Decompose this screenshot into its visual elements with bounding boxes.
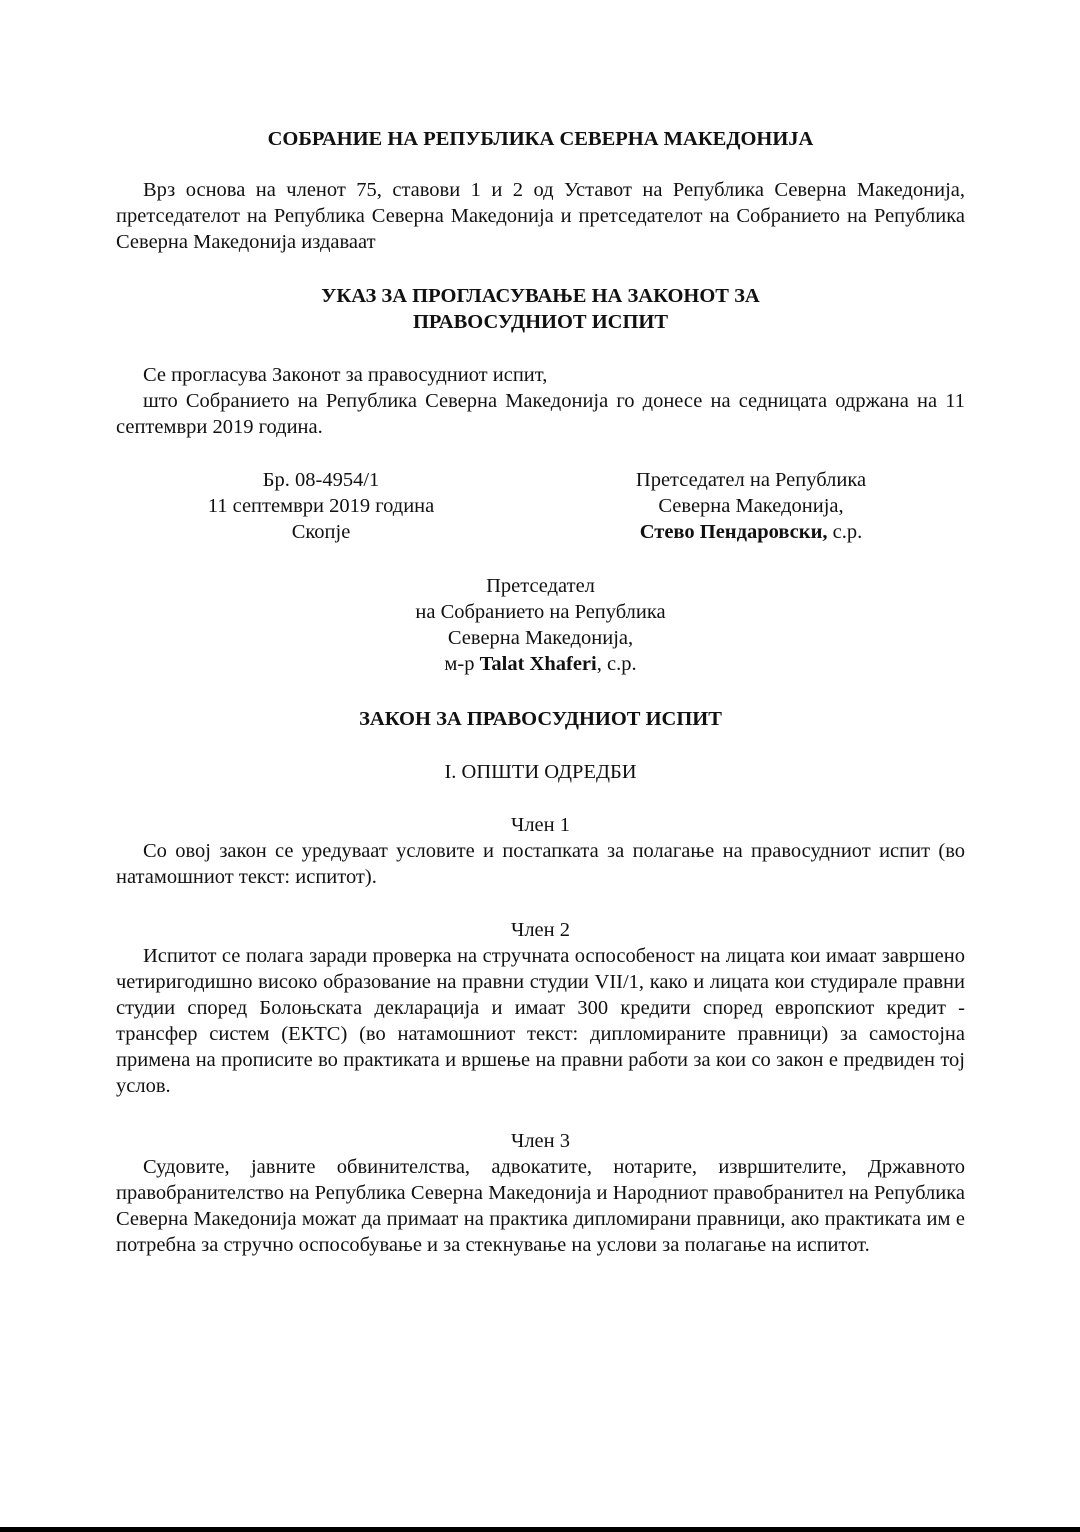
- article-heading: Член 2: [116, 917, 965, 943]
- proclamation-line-2: што Собранието на Република Северна Маке…: [116, 388, 965, 440]
- page-bottom-edge: [0, 1527, 1080, 1532]
- assembly-president-name: Talat Xhaferi: [480, 653, 597, 675]
- decree-title-line-1: УКАЗ ЗА ПРОГЛАСУВАЊЕ НА ЗАКОНОТ ЗА: [116, 283, 965, 309]
- assembly-president-suffix: , с.р.: [597, 653, 637, 675]
- president-title-line-2: Северна Македонија,: [586, 493, 916, 519]
- section-title: I. ОПШТИ ОДРЕДБИ: [116, 759, 965, 785]
- article-heading: Член 1: [116, 812, 965, 838]
- president-name-line: Стево Пендаровски, с.р.: [586, 519, 916, 545]
- proclamation-line-1: Се прогласува Законот за правосудниот ис…: [116, 362, 965, 388]
- president-title-line-1: Претседател на Република: [586, 467, 916, 493]
- decree-title: УКАЗ ЗА ПРОГЛАСУВАЊЕ НА ЗАКОНОТ ЗА ПРАВО…: [116, 283, 965, 335]
- assembly-heading: СОБРАНИЕ НА РЕПУБЛИКА СЕВЕРНА МАКЕДОНИЈА: [116, 126, 965, 152]
- article-heading: Член 3: [116, 1128, 965, 1154]
- article-1: Член 1 Со овој закон се уредуваат услови…: [116, 812, 965, 890]
- assembly-president-line-3: Северна Македонија,: [116, 625, 965, 651]
- decree-number: Бр. 08-4954/1: [166, 467, 476, 493]
- decree-place: Скопје: [166, 519, 476, 545]
- article-3: Член 3 Судовите, јавните обвинителства, …: [116, 1128, 965, 1258]
- preamble-paragraph: Врз основа на членот 75, ставови 1 и 2 о…: [116, 177, 965, 255]
- law-title: ЗАКОН ЗА ПРАВОСУДНИОТ ИСПИТ: [116, 706, 965, 732]
- article-text: Испитот се полага заради проверка на стр…: [116, 943, 965, 1099]
- assembly-president-line-2: на Собранието на Република: [116, 599, 965, 625]
- assembly-president-prefix: м-р: [444, 653, 479, 675]
- president-signature: Претседател на Република Северна Македон…: [586, 467, 916, 545]
- decree-reference: Бр. 08-4954/1 11 септември 2019 година С…: [166, 467, 476, 545]
- assembly-president-name-line: м-р Talat Xhaferi, с.р.: [116, 651, 965, 677]
- president-name: Стево Пендаровски,: [640, 521, 828, 543]
- article-text: Судовите, јавните обвинителства, адвокат…: [116, 1154, 965, 1258]
- decree-title-line-2: ПРАВОСУДНИОТ ИСПИТ: [116, 309, 965, 335]
- signature-row: Бр. 08-4954/1 11 септември 2019 година С…: [116, 467, 965, 547]
- proclamation-paragraph: Се прогласува Законот за правосудниот ис…: [116, 362, 965, 440]
- decree-date: 11 септември 2019 година: [166, 493, 476, 519]
- assembly-president-signature: Претседател на Собранието на Република С…: [116, 573, 965, 677]
- article-text: Со овој закон се уредуваат условите и по…: [116, 838, 965, 890]
- president-suffix: с.р.: [828, 521, 863, 543]
- article-2: Член 2 Испитот се полага заради проверка…: [116, 917, 965, 1099]
- assembly-president-line-1: Претседател: [116, 573, 965, 599]
